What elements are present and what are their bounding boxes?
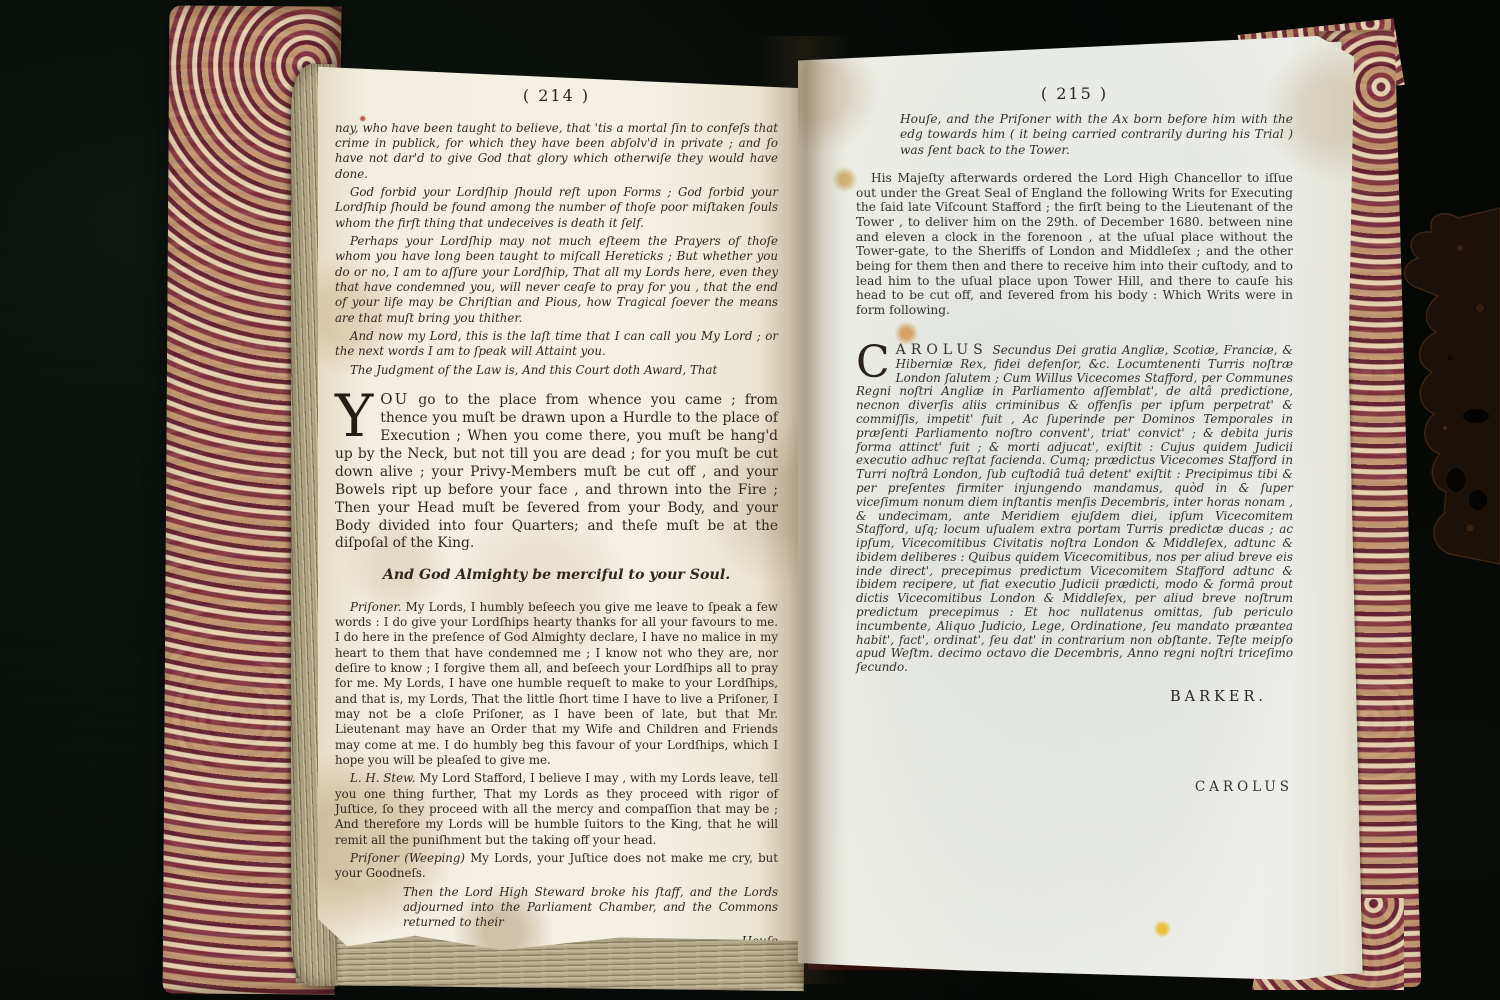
writ-paragraph: CAROLUS Secundus Dei gratia Angliæ, Scot… [856,342,1293,676]
writ-lead: AROLUS [896,342,988,358]
paragraph-perhaps: Perhaps your Lordſhip may not much eſtee… [335,234,778,326]
paragraph-and-now: And now my Lord, this is the laſt time t… [335,329,778,360]
right-page-text-column: ( 215 ) Houſe, and the Priſoner with the… [856,84,1293,795]
catchword-carolus: CAROLUS [856,779,1293,795]
paragraph-his-majesty: His Majeſty afterwards ordered the Lord … [856,171,1293,317]
drop-cap-Y: Y [335,390,380,438]
speech-text: My Lords, I humbly beſeech you give me l… [335,600,778,767]
paragraph-god-forbid: God forbid your Lordſhip ſhould reſt upo… [335,185,778,231]
sentence-lead: OU [380,390,409,408]
page-number-215: ( 215 ) [856,84,1293,104]
blessing-line: And God Almighty be merciful to your Sou… [335,566,778,584]
clasp-body [1405,208,1500,564]
speaker-label: Priſoner (Weeping) [350,851,465,865]
speaker-label: Priſoner. [350,600,402,614]
prisoner-weeping-speech: Priſoner (Weeping) My Lords, your Juſtic… [335,851,778,882]
lord-high-steward-speech: L. H. Stew. My Lord Stafford, I believe … [335,771,778,848]
left-page: ( 214 ) nay, who have been taught to bel… [318,56,804,950]
drop-cap-C: C [856,342,896,381]
left-page-text-column: ( 214 ) nay, who have been taught to bel… [335,86,778,949]
death-sentence-paragraph: YOU go to the place from whence you came… [335,390,778,553]
paragraph-opening: Houſe, and the Priſoner with the Ax born… [900,112,1293,160]
photo-background: ( 214 ) nay, who have been taught to bel… [0,0,1500,1000]
sentence-text: go to the place from whence you came ; f… [335,392,778,551]
prisoner-speech: Priſoner. My Lords, I humbly beſeech you… [335,600,778,769]
stage-direction: Then the Lord High Steward broke his ſta… [403,885,778,931]
right-page: ( 215 ) Houſe, and the Priſoner with the… [798,36,1354,980]
signature-barker: BARKER. [856,689,1293,707]
page-number-214: ( 214 ) [335,86,778,107]
gutter-shadow [758,36,850,984]
metal-clasp [1340,178,1500,578]
writ-text: Secundus Dei gratia Angliæ, Scotiæ, Fran… [856,343,1293,675]
speaker-label: L. H. Stew. [350,771,416,785]
paragraph-continuation: nay, who have been taught to believe, th… [335,121,778,182]
paragraph-judgment: The Judgment of the Law is, And this Cou… [335,363,778,378]
